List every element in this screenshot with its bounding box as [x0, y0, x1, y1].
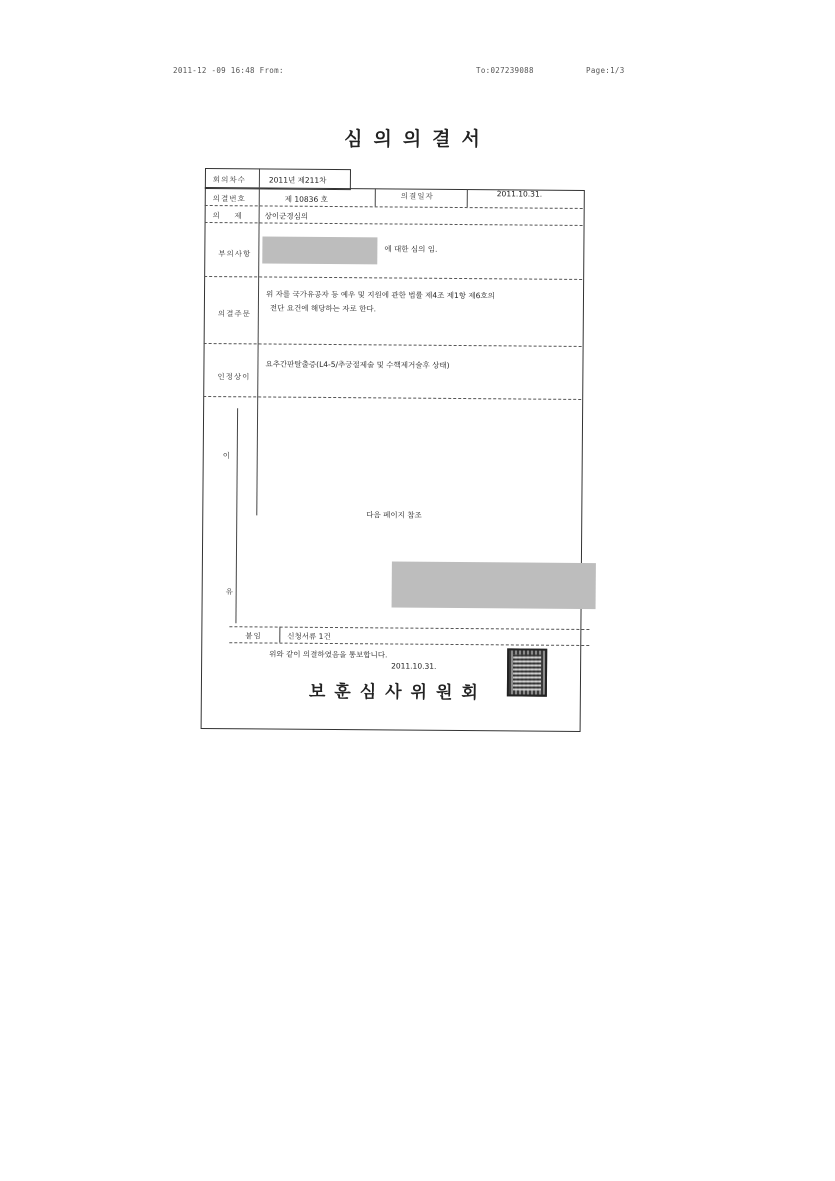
decision-line-1: 위 자를 국가유공자 등 예우 및 지원에 관한 법률 제4조 제1항 제6호의 [266, 288, 495, 301]
session-label: 회의차수 [213, 174, 246, 185]
document-title: 심의의결서 [0, 124, 835, 151]
notice-text: 위와 같이 의결하였음을 통보합니다. [269, 649, 387, 661]
fax-from: 2011-12 -09 16:48 From: [173, 66, 284, 75]
resolution-number-label: 의결번호 [213, 193, 246, 204]
resolution-date-label: 의결일자 [401, 191, 434, 202]
session-value: 2011년 제211차 [269, 175, 327, 186]
redaction-box [392, 561, 596, 609]
agenda-label: 의 제 [213, 210, 243, 221]
referral-value: 에 대한 심의 임. [384, 243, 437, 254]
referral-label: 부의사항 [218, 248, 251, 259]
fax-page-number: Page:1/3 [586, 66, 625, 75]
reason-label-top: 이 [223, 450, 231, 461]
injury-value: 요추간판탈출증(L4-5/추궁절제술 및 수핵제거술후 상태) [265, 358, 449, 370]
attachment-value: 신청서류 1건 [287, 631, 330, 642]
reason-value: 다음 페이지 참조 [366, 509, 422, 520]
reason-label-bottom: 유 [226, 586, 234, 597]
resolution-form: 회의차수 2011년 제211차 의결번호 제 10836 호 의결일자 201… [201, 168, 605, 731]
agenda-value: 상이군경심의 [265, 210, 309, 221]
decision-line-2: 전단 요건에 해당하는 자로 한다. [270, 303, 376, 315]
fax-header: 2011-12 -09 16:48 From: To:027239088 Pag… [0, 66, 835, 80]
official-seal-icon [507, 648, 547, 696]
redaction-box [262, 236, 377, 264]
footer-date: 2011.10.31. [391, 661, 436, 670]
attachment-label: 붙임 [245, 630, 262, 641]
resolution-number-value: 제 10836 호 [285, 194, 328, 205]
issuer-name: 보훈심사위원회 [309, 677, 487, 703]
fax-to: To:027239088 [476, 66, 534, 75]
injury-label: 인정상이 [217, 371, 250, 382]
decision-label: 의결주문 [218, 308, 251, 319]
resolution-date-value: 2011.10.31. [497, 189, 542, 198]
